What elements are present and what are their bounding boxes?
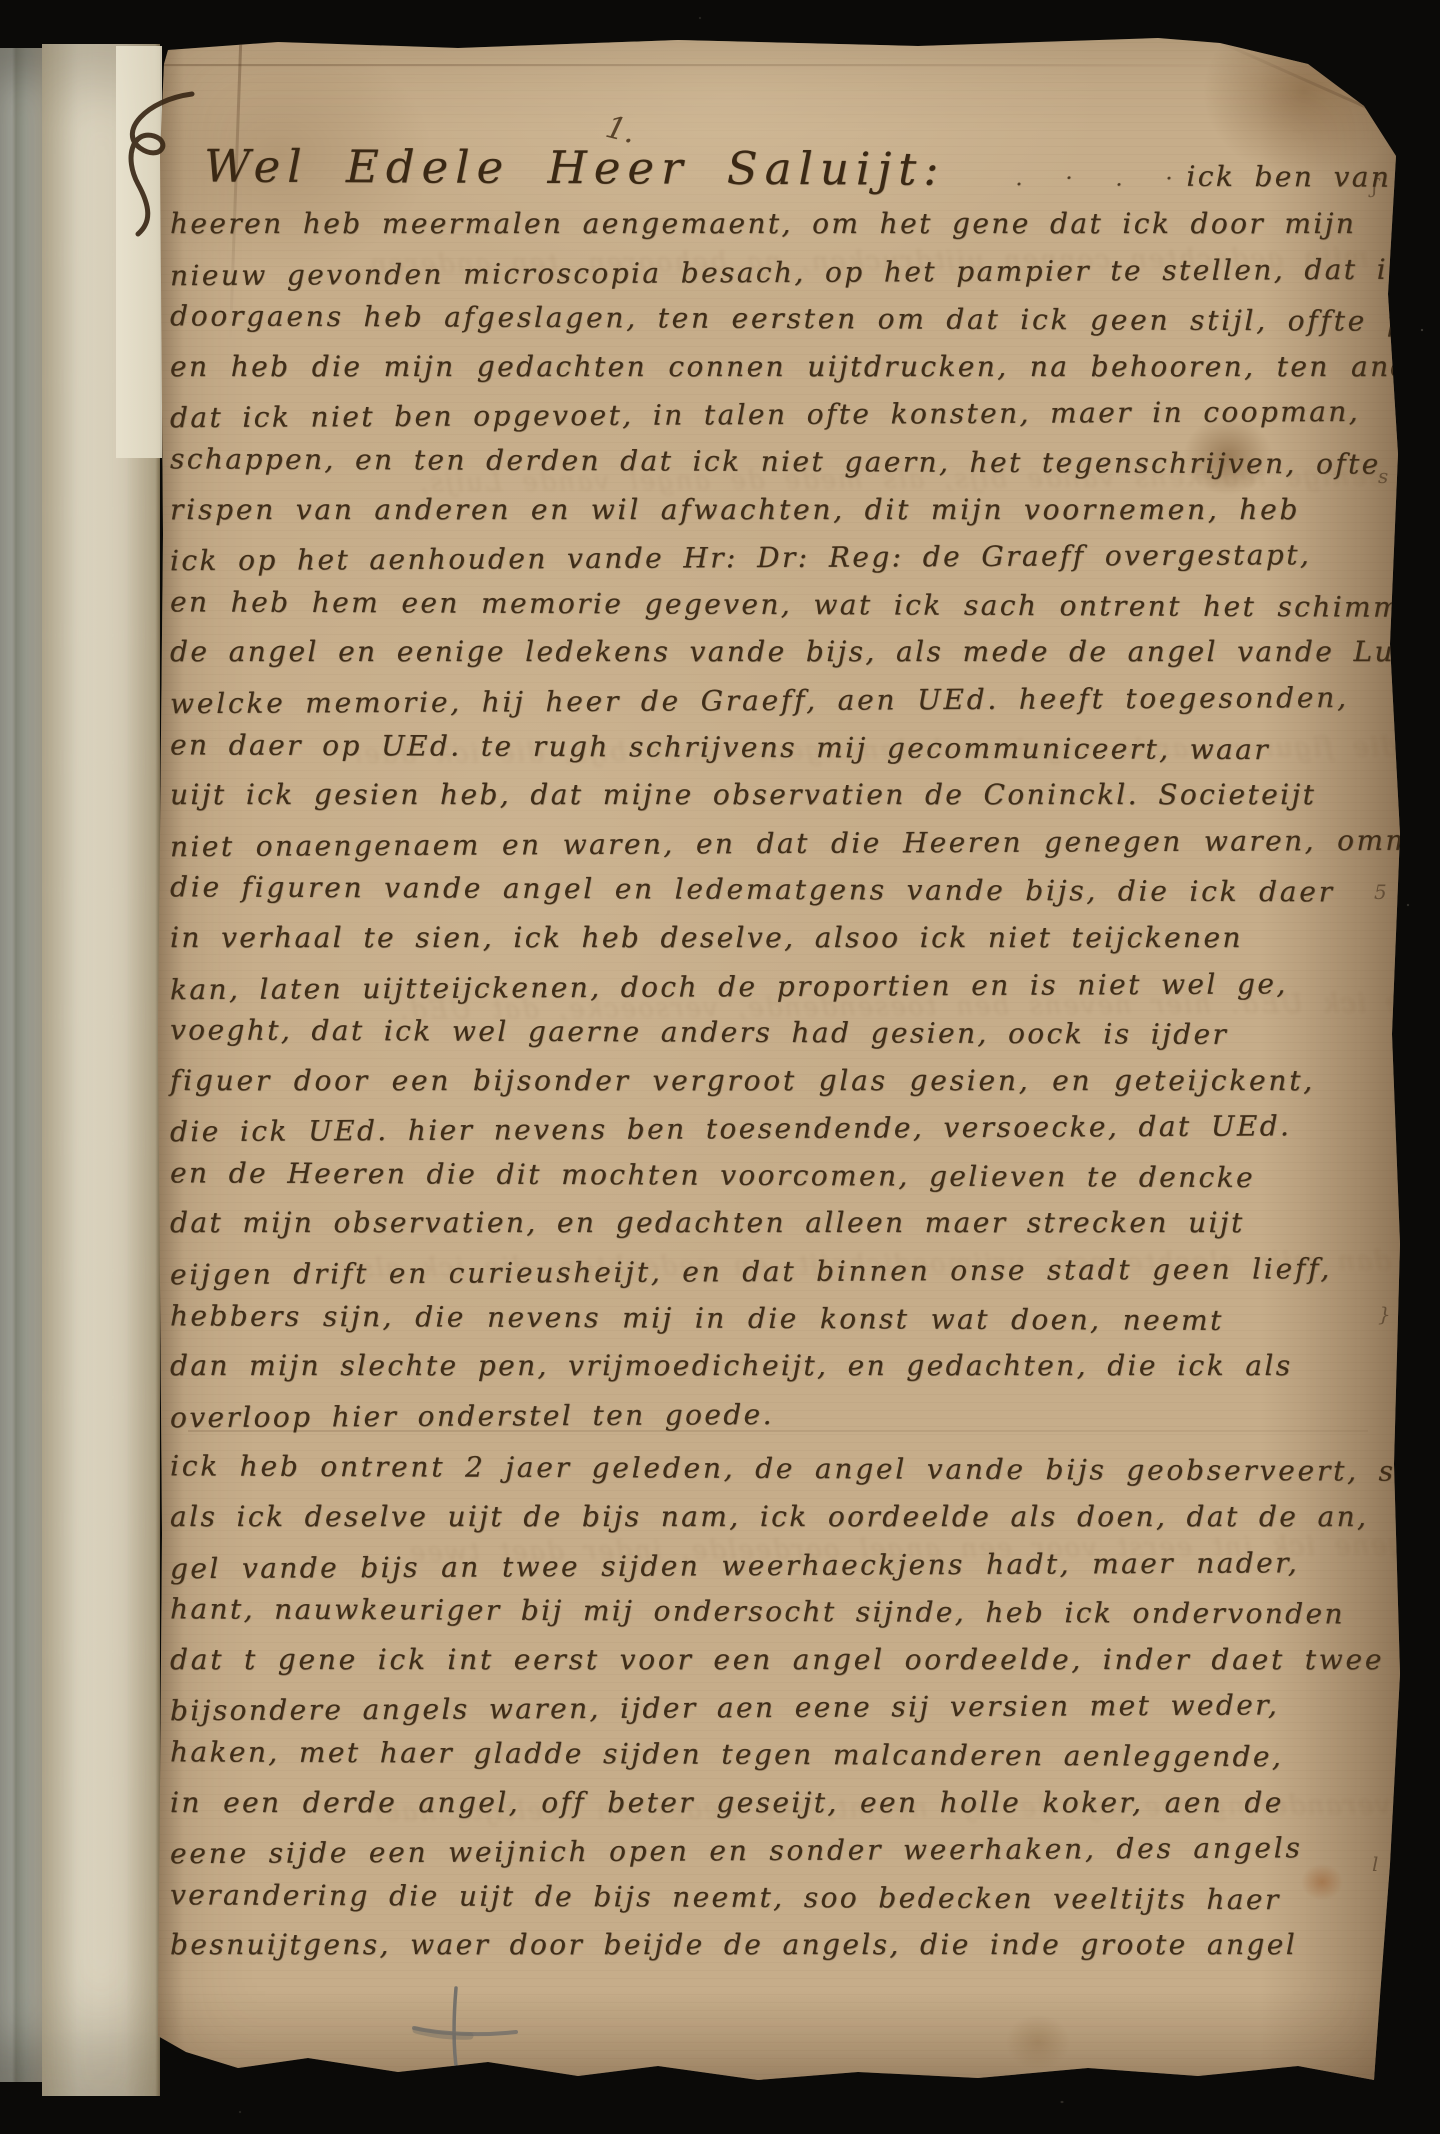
manuscript-line: dat mijn observatien, en gedachten allee… [170, 1199, 1388, 1247]
edge-mark: 5 [1374, 880, 1387, 904]
manuscript-line: voeght, dat ick wel gaerne anders had ge… [170, 1006, 1388, 1059]
manuscript-line: welcke memorie, hij heer de Graeff, aen … [170, 674, 1388, 728]
manuscript-line: kan, laten uijtteijckenen, doch de propo… [170, 959, 1388, 1013]
manuscript-line: in verhaal te sien, ick heb deselve, als… [170, 914, 1388, 962]
opening-flourish [108, 88, 200, 238]
manuscript-line: schappen, en ten derden dat ick niet gae… [170, 435, 1388, 488]
manuscript-line: hebbers sijn, die nevens mij in die kons… [170, 1292, 1388, 1345]
manuscript-line: die ick UEd. hier nevens ben toesendende… [170, 1102, 1388, 1156]
edge-mark: s [1378, 464, 1388, 488]
manuscript-line: uijt ick gesien heb, dat mijne observati… [170, 771, 1388, 819]
manuscript-line: Wel Edele Heer Saluijt: . · . · ick ben … [170, 135, 1388, 202]
manuscript-line: ick heb ontrent 2 jaer geleden, de angel… [170, 1443, 1388, 1496]
manuscript-line: dat ick niet ben opgevoet, in talen ofte… [170, 388, 1388, 442]
manuscript-line: dan mijn slechte pen, vrijmoedicheijt, e… [170, 1342, 1388, 1390]
manuscript-line: gel vande bijs an twee sijden weerhaeckj… [170, 1538, 1388, 1592]
manuscript-line: niet onaengenaem en waren, en dat die He… [170, 817, 1388, 871]
binding-strip [0, 48, 44, 2082]
manuscript-line: als ick deselve uijt de bijs nam, ick oo… [170, 1493, 1388, 1541]
ink-dots: . · . · [1015, 148, 1186, 211]
pencil-cross-mark [400, 1986, 540, 2081]
manuscript-line: hant, nauwkeuriger bij mij ondersocht si… [170, 1586, 1388, 1639]
manuscript-line: doorgaens heb afgeslagen, ten eersten om… [170, 293, 1388, 346]
edge-mark: ʃ [1372, 174, 1377, 198]
manuscript-line: en de Heeren die dit mochten voorcomen, … [170, 1149, 1388, 1202]
manuscript-line: haken, met haer gladde sijden tegen malc… [170, 1728, 1388, 1781]
manuscript-scan: en heb die mijn gedachten connen uijtdru… [0, 0, 1440, 2134]
manuscript-line: figuer door een bijsonder vergroot glas … [170, 1057, 1388, 1105]
manuscript-line: die figuren vande angel en ledematgens v… [170, 864, 1388, 917]
manuscript-line: en heb hem een memorie gegeven, wat ick … [170, 578, 1388, 631]
manuscript-line: nieuw gevonden microscopia besach, op he… [170, 245, 1388, 299]
manuscript-line: eijgen drift en curieusheijt, en dat bin… [170, 1245, 1388, 1299]
manuscript-line: besnuijtgens, waer door beijde de angels… [170, 1921, 1388, 1969]
manuscript-line: bijsondere angels waren, ijder aen eene … [170, 1681, 1388, 1735]
edge-mark: } [1378, 1302, 1391, 1326]
manuscript-line: dat t gene ick int eerst voor een angel … [170, 1636, 1388, 1684]
salutation: Wel Edele Heer Saluijt: [170, 135, 946, 200]
manuscript-line: verandering die uijt de bijs neemt, soo … [170, 1871, 1388, 1924]
manuscript-line: en daer op UEd. te rugh schrijvens mij g… [170, 721, 1388, 774]
edge-mark: l [1372, 1852, 1378, 1876]
manuscript-line: de angel en eenige ledekens vande bijs, … [170, 628, 1388, 676]
paper-crease [162, 64, 1262, 66]
manuscript-line: rispen van anderen en wil afwachten, dit… [170, 486, 1388, 534]
manuscript-line: eene sijde een weijnich open en sonder w… [170, 1824, 1388, 1878]
manuscript-page: en heb die mijn gedachten connen uijtdru… [158, 34, 1400, 2090]
manuscript-line: in een derde angel, off beter geseijt, e… [170, 1779, 1388, 1827]
manuscript-line: overloop hier onderstel ten goede. [170, 1388, 1388, 1442]
letter-body: Wel Edele Heer Saluijt: . · . · ick ben … [170, 138, 1388, 1969]
manuscript-line: en heb die mijn gedachten connen uijtdru… [170, 343, 1388, 391]
manuscript-line-fragment: ick ben van verscheijde [1186, 146, 1440, 210]
manuscript-line: ick op het aenhouden vande Hr: Dr: Reg: … [170, 531, 1388, 585]
corner-fold-crease [1207, 35, 1418, 131]
